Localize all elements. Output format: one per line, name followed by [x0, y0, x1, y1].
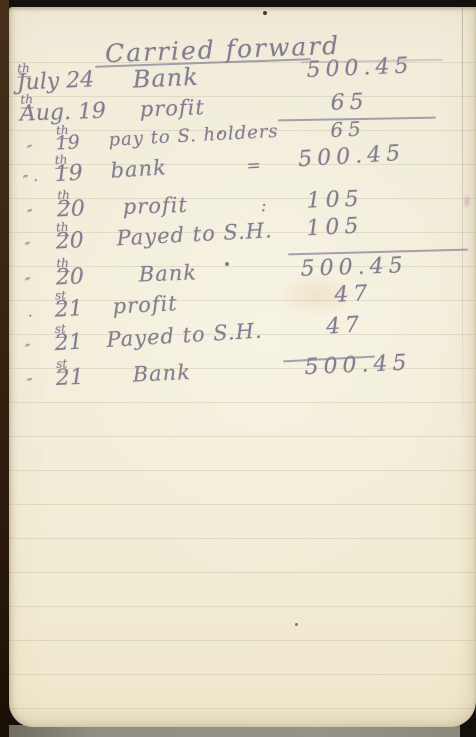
faint-pink-mark — [464, 196, 470, 207]
entry-separator-mark: : — [260, 196, 266, 216]
entry-amount: 500.45 — [304, 350, 412, 380]
ditto-mark: ″ — [24, 341, 31, 359]
entry-amount: 105 — [306, 213, 364, 241]
entry-date: 21st — [54, 330, 68, 356]
entry-date: 21st — [55, 365, 68, 391]
entry-date: 20th — [55, 265, 69, 291]
ditto-mark: ″ — [27, 142, 34, 160]
date-ordinal-suffix: st — [55, 288, 67, 305]
date-ordinal-suffix: th — [56, 220, 69, 237]
ink-dot — [219, 131, 222, 134]
ditto-mark: · — [28, 307, 34, 325]
scanned-ledger-page: Carried forward July 24th Bank 500.45 Au… — [0, 0, 476, 737]
date-ordinal-suffix: th — [20, 92, 33, 108]
entry-amount: 500.45 — [300, 253, 408, 282]
ditto-mark: ″ — [27, 375, 33, 393]
ditto-mark: ″ — [25, 274, 31, 292]
ditto-mark: ″ — [25, 239, 32, 257]
entry-amount: 47 — [334, 281, 373, 308]
date-ordinal-suffix: st — [56, 356, 68, 372]
date-ordinal-suffix: th — [56, 256, 69, 272]
entry-description: bank — [110, 155, 168, 182]
entry-amount: 105 — [306, 187, 364, 214]
entry-description: profit — [139, 95, 205, 121]
entry-description: Bank — [132, 63, 199, 94]
entry-description: Bank — [138, 260, 197, 286]
ink-dot — [225, 262, 229, 266]
entry-amount: 47 — [325, 312, 364, 339]
entry-amount: 65 — [330, 89, 369, 115]
entry-date: 20th — [55, 229, 70, 255]
entry-date: 20th — [56, 197, 70, 223]
paper-speck — [295, 623, 298, 626]
date-ordinal-suffix: st — [54, 322, 66, 339]
paper-speck — [263, 11, 267, 15]
entry-date: 19th — [54, 161, 69, 187]
entry-separator-mark: = — [246, 156, 261, 177]
ditto-mark: ″ · — [22, 171, 38, 190]
date-ordinal-suffix: th — [56, 123, 69, 140]
entry-date: Aug. 19th — [19, 101, 33, 127]
date-ordinal-suffix: th — [17, 61, 30, 78]
date-ordinal-suffix: th — [57, 188, 70, 204]
entry-amount: 500.45 — [297, 141, 405, 172]
ditto-mark: ″ — [27, 206, 33, 224]
entry-description: profit — [122, 193, 188, 219]
entry-description: Bank — [132, 360, 191, 387]
entry-description: profit — [112, 291, 178, 318]
date-ordinal-suffix: th — [54, 152, 68, 169]
entry-amount: 500.45 — [306, 53, 414, 83]
notebook-page: Carried forward July 24th Bank 500.45 Au… — [9, 7, 476, 727]
entry-date: 21st — [54, 297, 67, 323]
